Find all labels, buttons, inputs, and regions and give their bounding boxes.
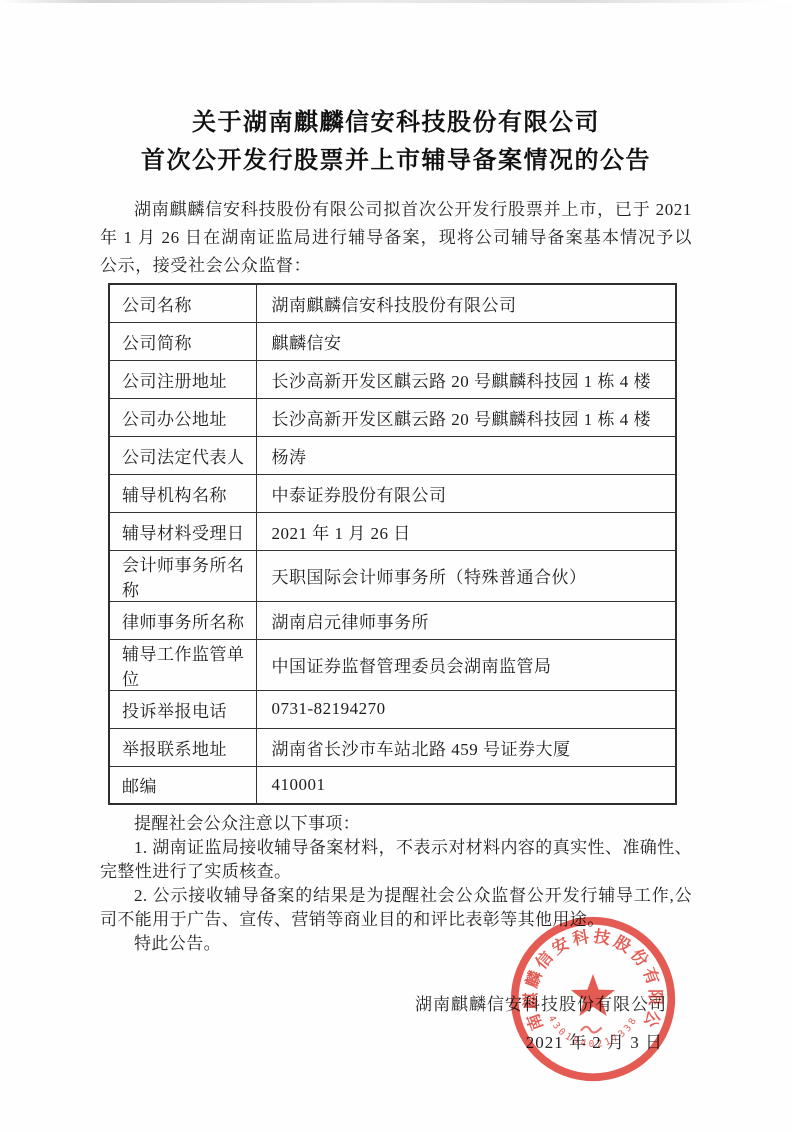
table-row: 辅导工作监管单位 中国证券监督管理委员会湖南监管局 bbox=[109, 639, 676, 690]
closing-line: 特此公告。 bbox=[100, 932, 692, 956]
table-row: 公司办公地址 长沙高新开发区麒云路 20 号麒麟科技园 1 栋 4 楼 bbox=[109, 398, 676, 436]
row-label: 公司注册地址 bbox=[109, 360, 256, 398]
row-label: 辅导工作监管单位 bbox=[109, 639, 256, 690]
row-label: 律师事务所名称 bbox=[109, 601, 256, 639]
row-value: 湖南麒麟信安科技股份有限公司 bbox=[256, 284, 676, 322]
row-label: 邮编 bbox=[109, 766, 256, 804]
row-value: 天职国际会计师事务所（特殊普通合伙） bbox=[256, 550, 676, 601]
row-value: 中国证券监督管理委员会湖南监管局 bbox=[256, 639, 676, 690]
page-title-line1: 关于湖南麒麟信安科技股份有限公司 bbox=[100, 104, 692, 142]
company-info-table: 公司名称 湖南麒麟信安科技股份有限公司 公司简称 麒麟信安 公司注册地址 长沙高… bbox=[108, 283, 677, 805]
table-row: 公司名称 湖南麒麟信安科技股份有限公司 bbox=[109, 284, 676, 322]
table-row: 辅导机构名称 中泰证券股份有限公司 bbox=[109, 474, 676, 512]
notes-section: 提醒社会公众注意以下事项： 1. 湖南证监局接收辅导备案材料，不表示对材料内容的… bbox=[100, 812, 692, 956]
row-label: 辅导材料受理日 bbox=[109, 512, 256, 550]
row-value: 麒麟信安 bbox=[256, 322, 676, 360]
note-item-1: 1. 湖南证监局接收辅导备案材料，不表示对材料内容的真实性、准确性、完整性进行了… bbox=[100, 836, 692, 884]
row-label: 公司简称 bbox=[109, 322, 256, 360]
row-value: 2021 年 1 月 26 日 bbox=[256, 512, 676, 550]
page-title-line2: 首次公开发行股票并上市辅导备案情况的公告 bbox=[100, 142, 692, 180]
document-page: 关于湖南麒麟信安科技股份有限公司 首次公开发行股票并上市辅导备案情况的公告 湖南… bbox=[0, 0, 792, 1132]
notes-heading: 提醒社会公众注意以下事项： bbox=[100, 812, 692, 836]
row-value: 杨涛 bbox=[256, 436, 676, 474]
row-label: 投诉举报电话 bbox=[109, 690, 256, 728]
table-row: 邮编 410001 bbox=[109, 766, 676, 804]
table-row: 投诉举报电话 0731-82194270 bbox=[109, 690, 676, 728]
signature-block: 湖南麒麟信安科技股份有限公司 2021 年 2 月 3 日 bbox=[100, 993, 692, 1055]
row-label: 公司办公地址 bbox=[109, 398, 256, 436]
table-row: 公司注册地址 长沙高新开发区麒云路 20 号麒麟科技园 1 栋 4 楼 bbox=[109, 360, 676, 398]
table-row: 辅导材料受理日 2021 年 1 月 26 日 bbox=[109, 512, 676, 550]
row-label: 公司法定代表人 bbox=[109, 436, 256, 474]
table-row: 举报联系地址 湖南省长沙市车站北路 459 号证券大厦 bbox=[109, 728, 676, 766]
table-row: 律师事务所名称 湖南启元律师事务所 bbox=[109, 601, 676, 639]
row-label: 公司名称 bbox=[109, 284, 256, 322]
row-value: 湖南启元律师事务所 bbox=[256, 601, 676, 639]
signature-company: 湖南麒麟信安科技股份有限公司 bbox=[100, 993, 692, 1017]
table-row: 公司法定代表人 杨涛 bbox=[109, 436, 676, 474]
row-value: 中泰证券股份有限公司 bbox=[256, 474, 676, 512]
row-label: 辅导机构名称 bbox=[109, 474, 256, 512]
note-item-2: 2. 公示接收辅导备案的结果是为提醒社会公众监督公开发行辅导工作,公司不能用于广… bbox=[100, 884, 692, 932]
row-label: 举报联系地址 bbox=[109, 728, 256, 766]
row-value: 0731-82194270 bbox=[256, 690, 676, 728]
scan-edge-artifact bbox=[0, 0, 792, 3]
page-title: 关于湖南麒麟信安科技股份有限公司 首次公开发行股票并上市辅导备案情况的公告 bbox=[100, 0, 692, 180]
intro-paragraph: 湖南麒麟信安科技股份有限公司拟首次公开发行股票并上市，已于 2021 年 1 月… bbox=[100, 196, 692, 280]
table-row: 会计师事务所名称 天职国际会计师事务所（特殊普通合伙） bbox=[109, 550, 676, 601]
row-label: 会计师事务所名称 bbox=[109, 550, 256, 601]
row-value: 长沙高新开发区麒云路 20 号麒麟科技园 1 栋 4 楼 bbox=[256, 398, 676, 436]
table-row: 公司简称 麒麟信安 bbox=[109, 322, 676, 360]
signature-date: 2021 年 2 月 3 日 bbox=[100, 1031, 692, 1055]
row-value: 湖南省长沙市车站北路 459 号证券大厦 bbox=[256, 728, 676, 766]
row-value: 长沙高新开发区麒云路 20 号麒麟科技园 1 栋 4 楼 bbox=[256, 360, 676, 398]
row-value: 410001 bbox=[256, 766, 676, 804]
